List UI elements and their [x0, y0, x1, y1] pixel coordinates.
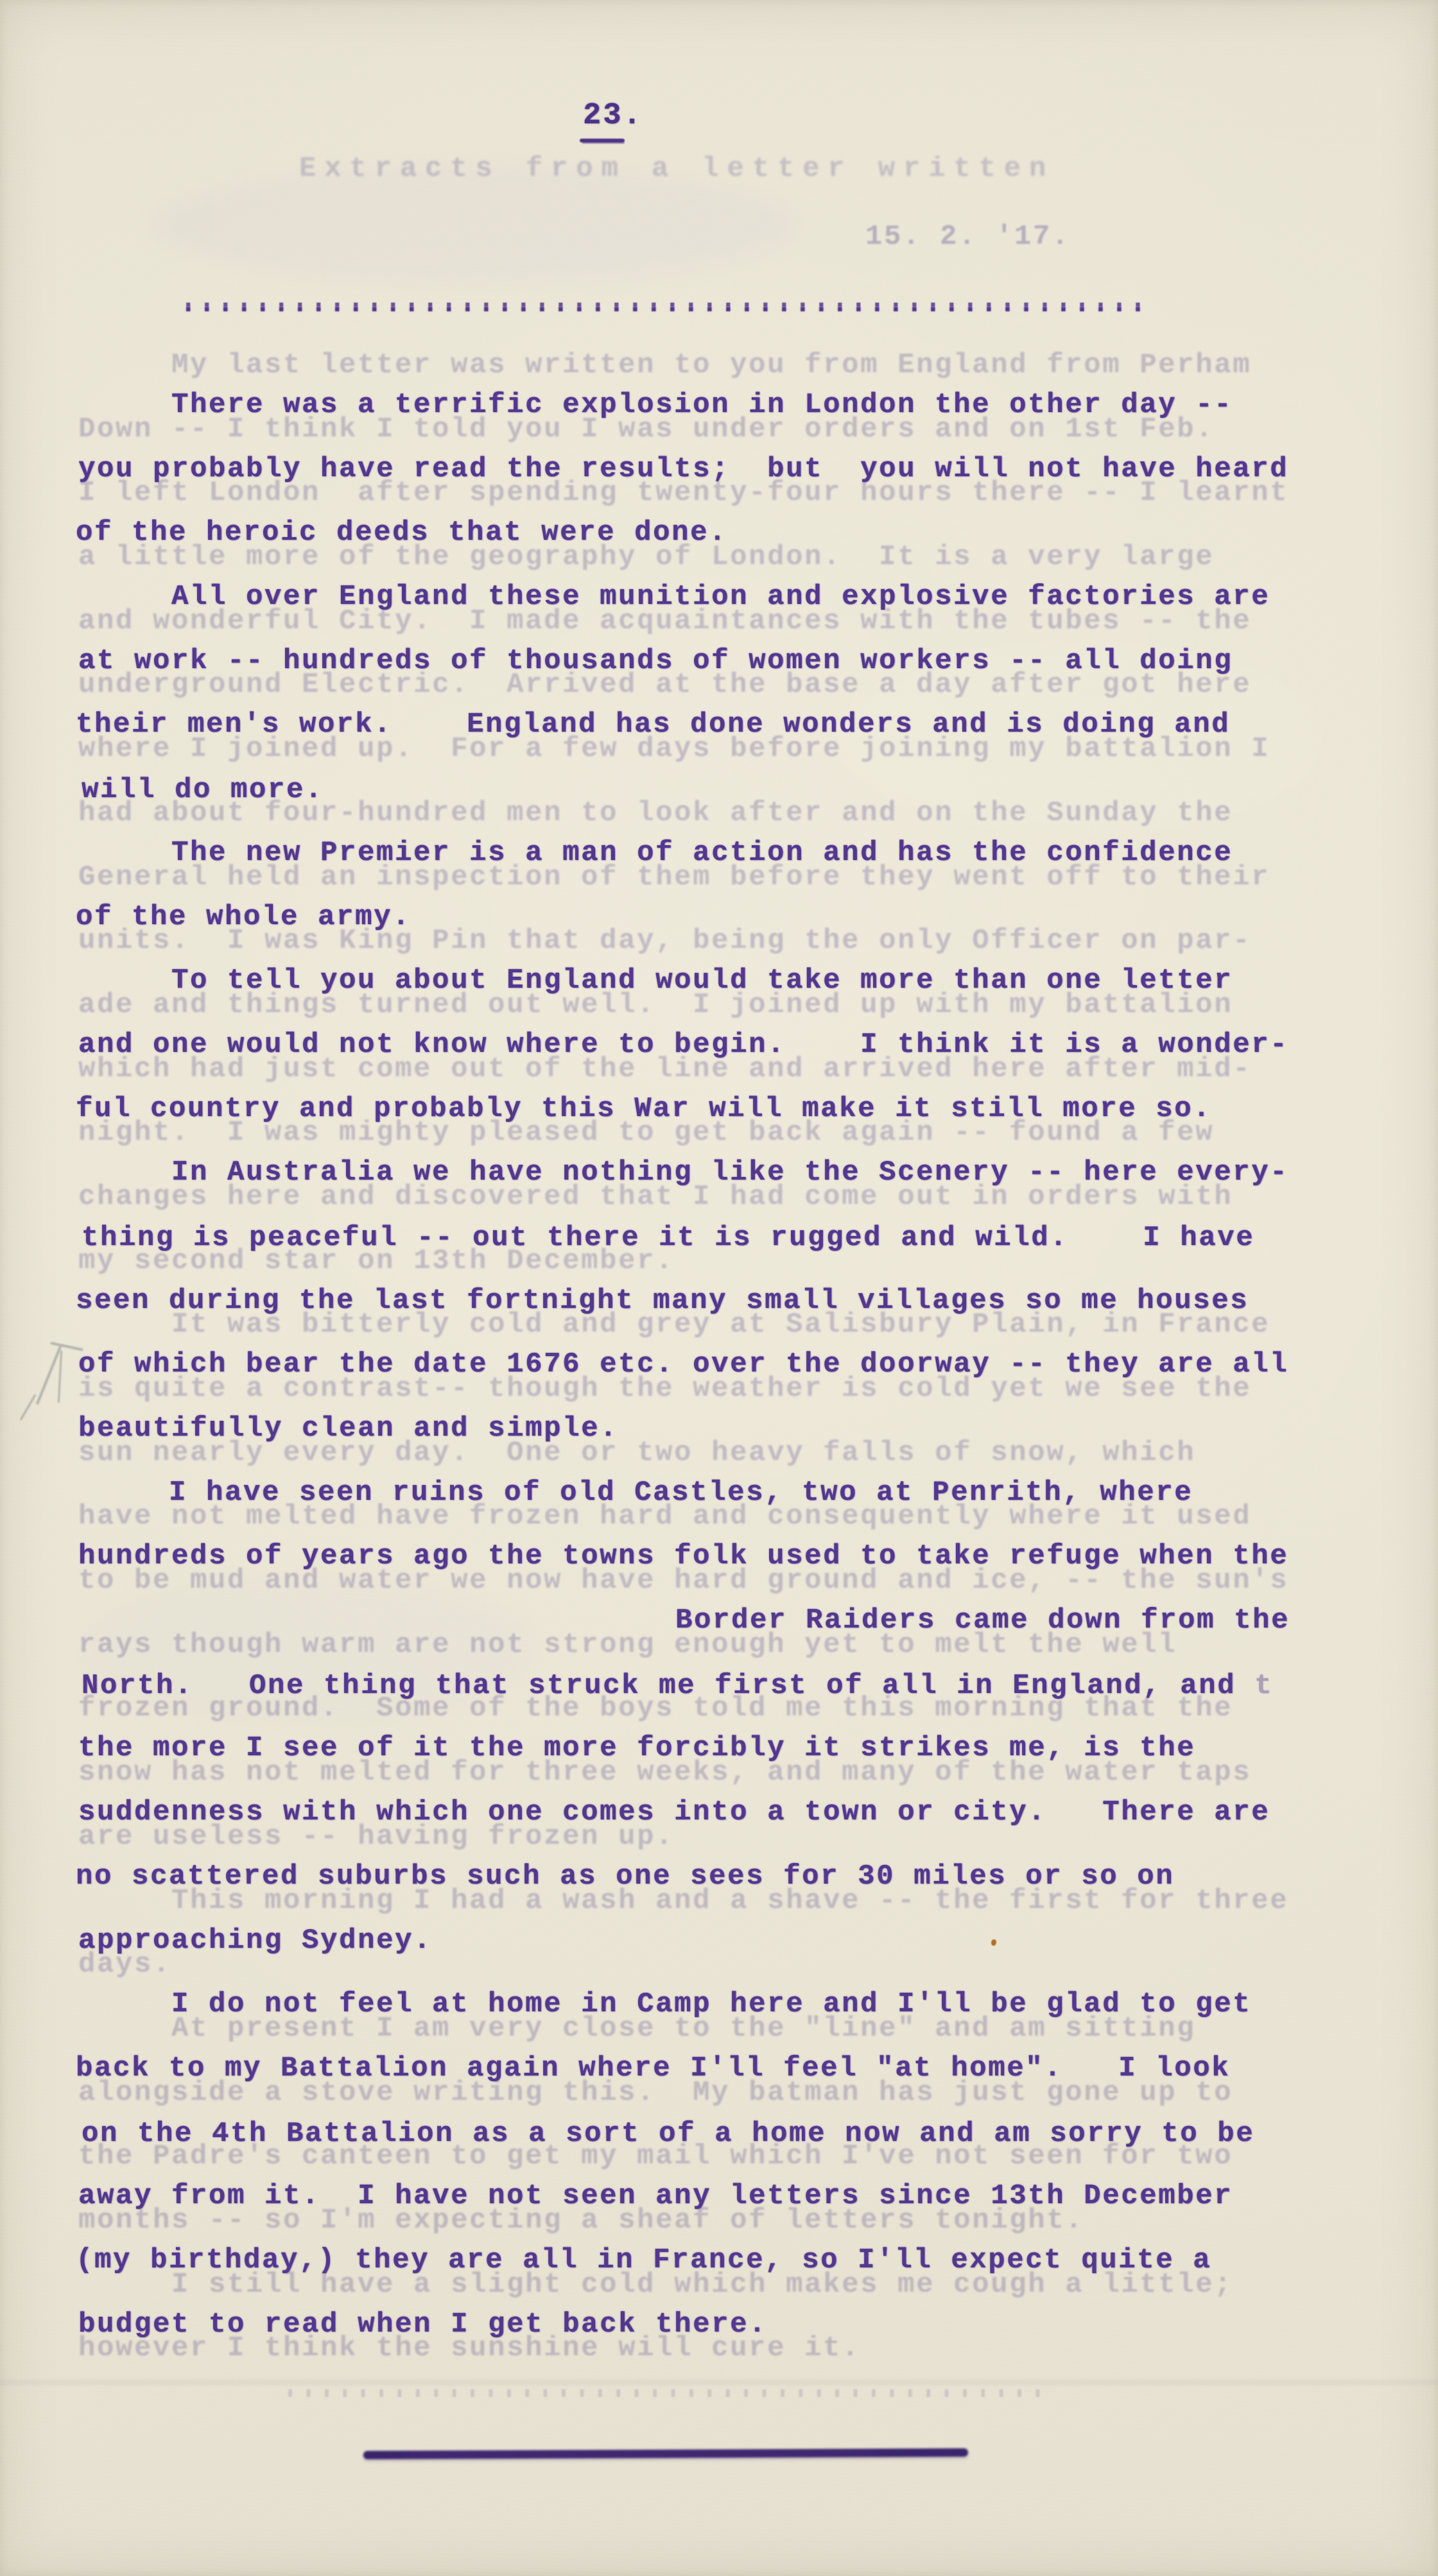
typed-line: There was a terrific explosion in London…	[78, 374, 1401, 438]
typed-line: The new Premier is a man of action and h…	[78, 821, 1401, 886]
faint-struck-character: t	[1236, 1670, 1273, 1702]
typed-line: and one would not know where to begin. I…	[78, 1013, 1401, 1078]
typed-line: suddenness with which one comes into a t…	[78, 1781, 1401, 1845]
typed-line: ful country and probably this War will m…	[76, 1078, 1398, 1142]
bleed-through-dotted-separator: ........................................…	[282, 2359, 1048, 2423]
typed-line: approaching Sydney.	[78, 1909, 1401, 1973]
typed-line: of the heroic deeds that were done.	[76, 501, 1398, 565]
typed-line: you probably have read the results; but …	[78, 438, 1401, 502]
typed-line: budget to read when I get back there.	[78, 2293, 1401, 2357]
typed-line: of which bear the date 1676 etc. over th…	[78, 1333, 1401, 1397]
typed-line: back to my Battalion again where I'll fe…	[76, 2037, 1398, 2101]
page-number: 23.	[583, 99, 643, 133]
typed-line: North. One thing that struck me first of…	[82, 1654, 1404, 1719]
typed-line: I have seen ruins of old Castles, two at…	[76, 1461, 1398, 1525]
typed-rule-smudge	[363, 2448, 968, 2459]
letter-body: There was a terrific explosion in London…	[78, 374, 1401, 2357]
typed-line: away from it. I have not seen any letter…	[78, 2165, 1401, 2229]
letter-page: 23. Extracts from a letter written 15. 2…	[0, 0, 1438, 2576]
typed-line: beautifully clean and simple.	[78, 1397, 1401, 1461]
typed-line: on the 4th Battalion as a sort of a home…	[82, 2102, 1404, 2167]
page-number-underline	[580, 139, 625, 142]
typed-line: I do not feel at home in Camp here and I…	[78, 1973, 1401, 2037]
scan-streak	[0, 2380, 1438, 2385]
typed-line: their men's work. England has done wonde…	[76, 693, 1398, 757]
typed-line: thing is peaceful -- out there it is rug…	[82, 1206, 1404, 1271]
pencil-mark	[20, 1394, 37, 1420]
typed-line: the more I see of it the more forcibly i…	[78, 1717, 1401, 1781]
typed-line: To tell you about England would take mor…	[78, 949, 1401, 1013]
typed-line: of the whole army.	[76, 886, 1398, 950]
bleed-through-date: 15. 2. '17.	[865, 221, 1070, 253]
typed-line: seen during the last fortnight many smal…	[76, 1269, 1398, 1334]
typed-line: Border Raiders came down from the	[78, 1589, 1401, 1653]
bleed-through-title: Extracts from a letter written	[299, 153, 1054, 185]
typed-line: In Australia we have nothing like the Sc…	[78, 1141, 1401, 1205]
typed-line: at work -- hundreds of thousands of wome…	[78, 630, 1401, 694]
pencil-mark	[58, 1350, 62, 1403]
typed-line: will do more.	[82, 759, 1404, 823]
typed-line: no scattered suburbs such as one sees fo…	[76, 1845, 1398, 1909]
typed-line: hundreds of years ago the towns folk use…	[78, 1525, 1401, 1589]
typed-line: All over England these munition and expl…	[78, 565, 1401, 630]
typed-line: (my birthday,) they are all in France, s…	[76, 2229, 1398, 2293]
dotted-separator: ........................................…	[180, 276, 1148, 332]
